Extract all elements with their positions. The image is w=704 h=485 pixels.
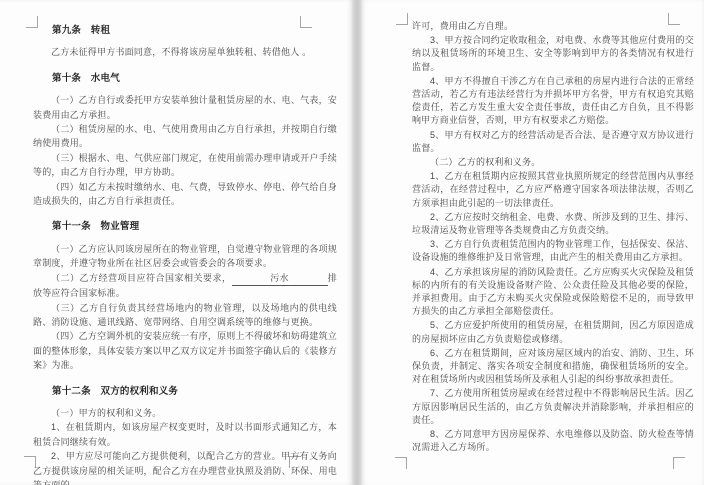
paragraph: 2、乙方应按时交纳租金、电费、水费、所涉及到的卫生、排污、垃圾清运及物业管理等各… — [412, 211, 694, 237]
fill-in-blank: 污水 — [232, 271, 328, 286]
paragraph: （四）乙方空调外机的安装应统一有序，原则上不得破坏和妨碍建筑立面的整体形象，具体… — [33, 329, 337, 372]
section-heading: 第十条 水电气 — [33, 72, 337, 86]
paragraph: 5、乙方应爱护所使用的租赁房屋，在租赁期间，因乙方原因造成的房屋损坏应由乙方负责… — [412, 319, 694, 345]
paragraph: （三）乙方自行负责其经营场地内的物业管理，以及场地内的供电线路、消防设施、通讯线… — [33, 301, 337, 330]
paragraph: （一）乙方应认同该房屋所在的物业管理，自觉遵守物业管理的各项规章制度，并遵守物业… — [33, 242, 337, 271]
paragraph: （一）乙方自行或委托甲方安装单独计量租赁房屋的水、电、气表，安装费用由乙方承担。 — [33, 93, 337, 122]
paragraph: （一）甲方的权利和义务。 — [33, 406, 337, 420]
paragraph: 2、甲方应尽可能向乙方提供便利，以配合乙方的营业。甲方有义务向乙方提供该房屋的相… — [33, 449, 337, 485]
paragraph: （三）根据水、电、气供应部门规定，在使用前需办理申请或开户手续等的，由乙方自行办… — [33, 151, 337, 180]
paragraph: 许可，费用由乙方自理。 — [412, 20, 694, 33]
paragraph: （四）如乙方未按时缴纳水、电、气费，导致停水、停电、停气给自身造成损失的，由乙方… — [33, 180, 337, 209]
margin-mark-bottom-right-icon — [673, 457, 685, 469]
page-1[interactable]: 第九条 转租乙方未征得甲方书面同意，不得将该房屋单独转租、转借他人 。第十条 水… — [0, 0, 352, 485]
page-gap — [352, 0, 362, 485]
paragraph: 3、乙方自行负责租赁范围内的物业管理工作，包括保安、保洁、设备设施的维修维护及日… — [412, 238, 694, 264]
paragraph: 6、乙方在租赁期间，应对该房屋区域内的治安、消防、卫生、环保负责，并制定、落实各… — [412, 347, 694, 387]
page-2[interactable]: 许可，费用由乙方自理。3、甲方按合同约定收取租金，对电费、水费等其他应付费用的交… — [362, 0, 704, 485]
paragraph-text: （二）乙方经营项目应符合国家相关要求， — [51, 273, 232, 283]
paragraph: 4、甲方不得擅自干涉乙方在自己承租的房屋内进行合法的正常经营活动，若乙方有违法经… — [412, 75, 694, 128]
paragraph: 1、乙方在租赁期内应按照其营业执照所规定的经营范围内从事经营活动，在经营过程中，… — [412, 170, 694, 210]
margin-mark-bottom-left-icon — [395, 457, 407, 469]
paragraph: 7、乙方使用所租赁房屋或在经营过程中不得影响居民生活。因乙方原因影响居民生活的，… — [412, 387, 694, 427]
paragraph: （二）乙方经营项目应符合国家相关要求，污水排放等应符合国家标准。 — [33, 271, 337, 301]
section-heading: 第九条 转租 — [33, 24, 337, 38]
section-heading: 第十二条 双方的权利和义务 — [33, 385, 337, 399]
document-canvas: 第九条 转租乙方未征得甲方书面同意，不得将该房屋单独转租、转借他人 。第十条 水… — [0, 0, 704, 485]
paragraph: 1、在租赁期内，如该房屋产权变更时，及时以书面形式通知乙方，本租赁合同继续有效。 — [33, 420, 337, 449]
margin-mark-top-left-icon — [396, 13, 408, 25]
paragraph: 乙方未征得甲方书面同意，不得将该房屋单独转租、转借他人 。 — [33, 45, 337, 59]
paragraph: 3、甲方按合同约定收取租金，对电费、水费等其他应付费用的交纳以及租赁场所的环境卫… — [412, 34, 694, 74]
section-heading: 第十一条 物业管理 — [33, 220, 337, 234]
page-2-text: 许可，费用由乙方自理。3、甲方按合同约定收取租金，对电费、水费等其他应付费用的交… — [412, 20, 694, 456]
paragraph: （二）乙方的权利和义务。 — [412, 156, 694, 169]
paragraph: 4、乙方承担该房屋的消防风险责任。乙方应购买火灾保险及租赁标的内所有的有关设施设… — [412, 266, 694, 319]
paragraph: 5、甲方有权对乙方的经营活动是否合法、是否遵守双方协议进行监督。 — [412, 129, 694, 155]
page-1-text: 第九条 转租乙方未征得甲方书面同意，不得将该房屋单独转租、转借他人 。第十条 水… — [33, 24, 337, 485]
paragraph: 8、乙方同意甲方因房屋保养、水电维修以及防盗、防火检查等情况需进入乙方场所。 — [412, 428, 694, 454]
paragraph: （二）租赁房屋的水、电、气使用费用由乙方自行承担，并按期自行缴纳使用费用。 — [33, 122, 337, 151]
